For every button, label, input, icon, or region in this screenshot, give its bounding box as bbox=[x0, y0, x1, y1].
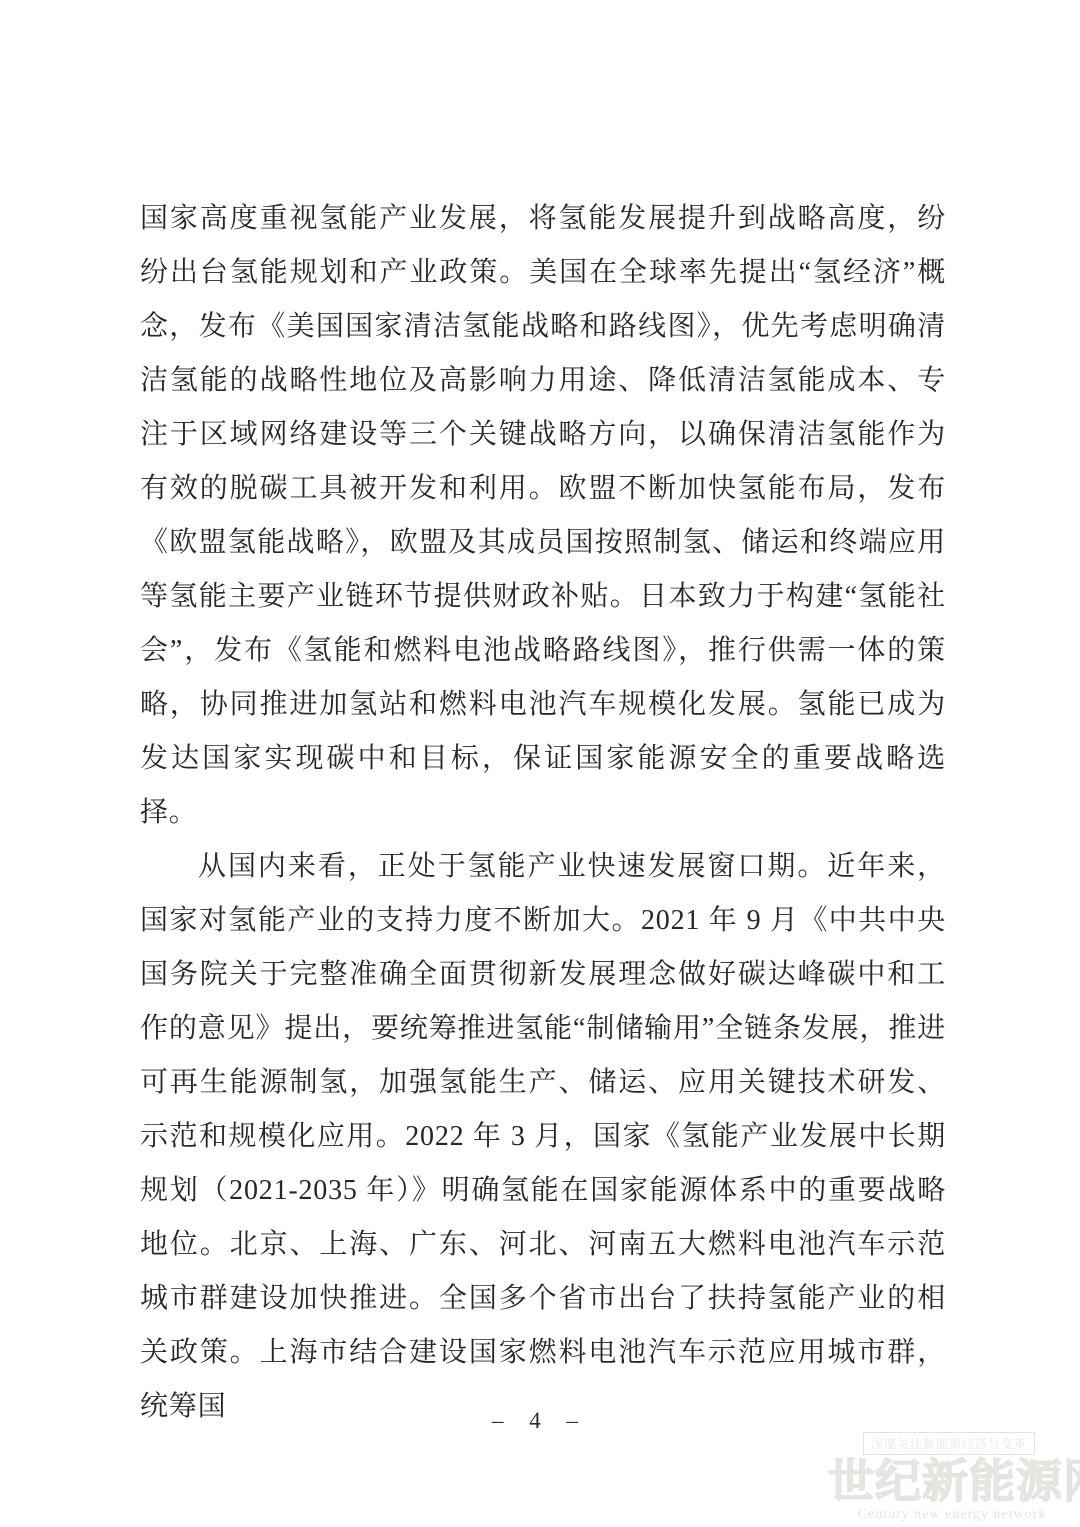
page-number: – 4 – bbox=[0, 1408, 1080, 1434]
paragraph-1: 国家高度重视氢能产业发展，将氢能发展提升到战略高度，纷纷出台氢能规划和产业政策。… bbox=[140, 192, 946, 840]
watermark: 深度关注新能源经济与变革 世纪新能源网 Century new energy n… bbox=[828, 1432, 1080, 1523]
document-body: 国家高度重视氢能产业发展，将氢能发展提升到战略高度，纷纷出台氢能规划和产业政策。… bbox=[140, 192, 946, 1434]
watermark-logo: 世纪新能源网 bbox=[828, 1459, 1080, 1505]
watermark-subtitle: Century new energy network bbox=[828, 1507, 1076, 1523]
document-page: 国家高度重视氢能产业发展，将氢能发展提升到战略高度，纷纷出台氢能规划和产业政策。… bbox=[0, 0, 1080, 1527]
paragraph-2: 从国内来看，正处于氢能产业快速发展窗口期。近年来，国家对氢能产业的支持力度不断加… bbox=[140, 840, 946, 1434]
watermark-slogan: 深度关注新能源经济与变革 bbox=[863, 1432, 1035, 1455]
